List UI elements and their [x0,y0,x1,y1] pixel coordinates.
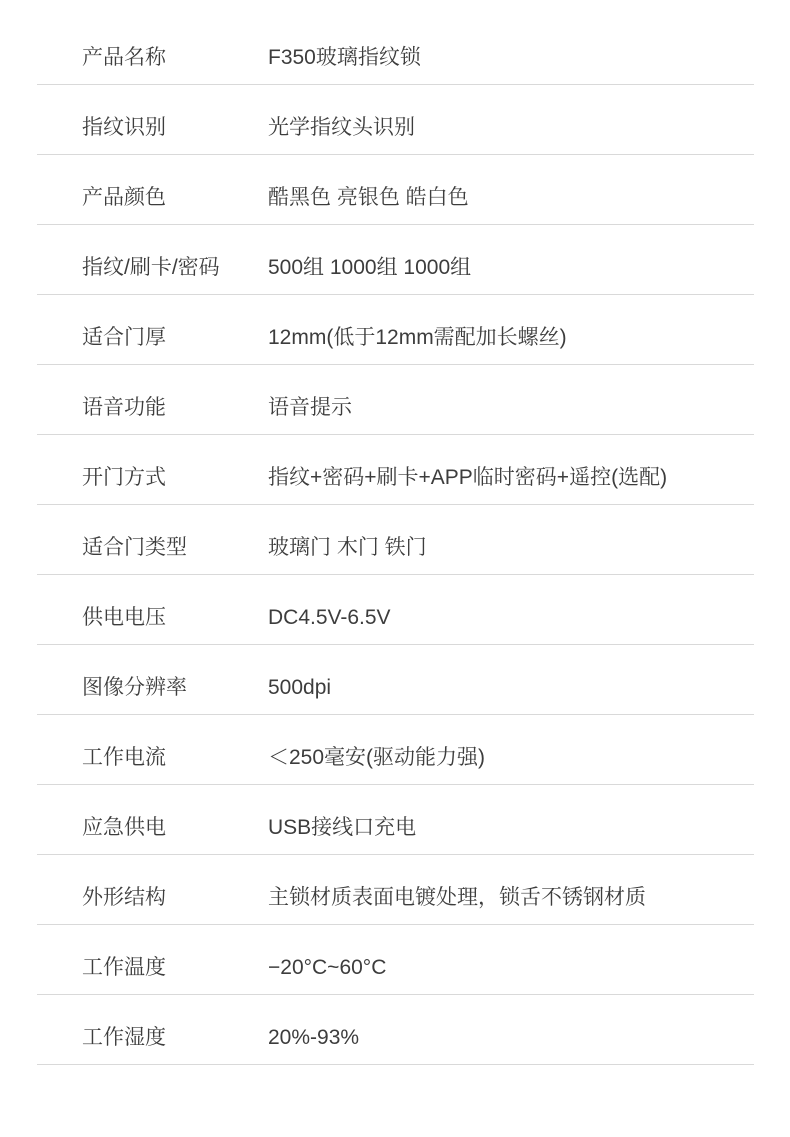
product-spec-table: 产品名称 F350玻璃指纹锁 指纹识别 光学指纹头识别 产品颜色 酷黑色 亮银色… [37,15,754,1065]
spec-value: 20%-93% [268,1025,754,1050]
spec-label: 适合门类型 [82,535,268,560]
spec-value: 玻璃门 木门 铁门 [268,535,754,560]
spec-row-working-humidity: 工作湿度 20%-93% [37,995,754,1065]
spec-row-structure: 外形结构 主锁材质表面电镀处理，锁舌不锈钢材质 [37,855,754,925]
spec-value: 光学指纹头识别 [268,115,754,140]
spec-value: 12mm(低于12mm需配加长螺丝) [268,325,754,350]
spec-value: USB接线口充电 [268,815,754,840]
spec-label: 工作温度 [82,955,268,980]
spec-row-supply-voltage: 供电电压 DC4.5V-6.5V [37,575,754,645]
spec-value: DC4.5V-6.5V [268,605,754,630]
spec-label: 外形结构 [82,885,268,910]
spec-row-product-color: 产品颜色 酷黑色 亮银色 皓白色 [37,155,754,225]
spec-value: 主锁材质表面电镀处理，锁舌不锈钢材质 [268,885,754,910]
spec-label: 应急供电 [82,815,268,840]
spec-value: 指纹+密码+刷卡+APP临时密码+遥控(选配) [268,465,754,490]
spec-value: F350玻璃指纹锁 [268,45,754,70]
spec-row-working-current: 工作电流 ＜250毫安(驱动能力强) [37,715,754,785]
spec-value: 500组 1000组 1000组 [268,255,754,280]
spec-label: 工作湿度 [82,1025,268,1050]
spec-row-image-resolution: 图像分辨率 500dpi [37,645,754,715]
spec-row-emergency-power: 应急供电 USB接线口充电 [37,785,754,855]
spec-row-unlock-methods: 开门方式 指纹+密码+刷卡+APP临时密码+遥控(选配) [37,435,754,505]
spec-value: 语音提示 [268,395,754,420]
spec-label: 适合门厚 [82,325,268,350]
spec-label: 语音功能 [82,395,268,420]
spec-label: 图像分辨率 [82,675,268,700]
spec-label: 工作电流 [82,745,268,770]
spec-label: 供电电压 [82,605,268,630]
spec-row-working-temperature: 工作温度 −20°C~60°C [37,925,754,995]
spec-row-fingerprint-recognition: 指纹识别 光学指纹头识别 [37,85,754,155]
spec-value: 500dpi [268,675,754,700]
spec-label: 指纹/刷卡/密码 [82,255,268,280]
spec-label: 开门方式 [82,465,268,490]
spec-value: −20°C~60°C [268,955,754,980]
spec-row-product-name: 产品名称 F350玻璃指纹锁 [37,15,754,85]
spec-value: 酷黑色 亮银色 皓白色 [268,185,754,210]
spec-row-door-type: 适合门类型 玻璃门 木门 铁门 [37,505,754,575]
spec-label: 产品颜色 [82,185,268,210]
spec-row-voice-function: 语音功能 语音提示 [37,365,754,435]
spec-row-door-thickness: 适合门厚 12mm(低于12mm需配加长螺丝) [37,295,754,365]
spec-label: 产品名称 [82,45,268,70]
spec-value: ＜250毫安(驱动能力强) [268,745,754,770]
spec-row-capacity: 指纹/刷卡/密码 500组 1000组 1000组 [37,225,754,295]
spec-label: 指纹识别 [82,115,268,140]
